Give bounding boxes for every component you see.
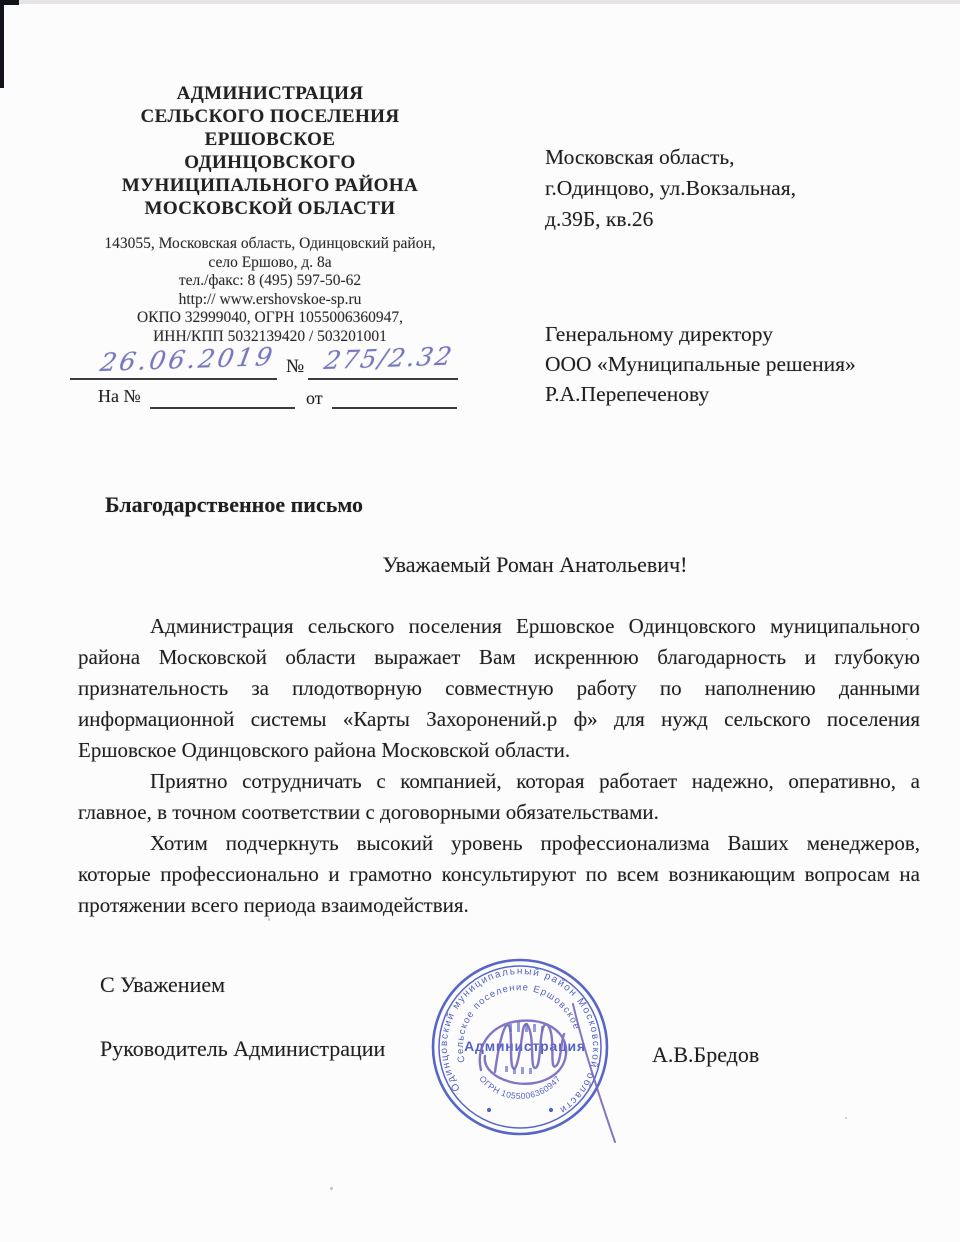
recipient-addressee: Генеральному директору ООО «Муниципальны… bbox=[545, 319, 940, 409]
recipient-addressee-line: Генеральному директору bbox=[545, 319, 940, 349]
signer-position: Руководитель Администрации bbox=[100, 1036, 385, 1062]
org-title-line: АДМИНИСТРАЦИЯ bbox=[75, 82, 465, 105]
org-contacts: 143055, Московская область, Одинцовский … bbox=[75, 235, 465, 346]
letter-paragraph: Администрация сельского поселения Ершовс… bbox=[78, 611, 920, 766]
scan-corner-artifact-left bbox=[0, 0, 4, 88]
official-stamp: Одинцовский муниципальный район Московск… bbox=[425, 950, 665, 1150]
org-contact-line: 143055, Московская область, Одинцовский … bbox=[75, 235, 465, 254]
org-title-line: ОДИНЦОВСКОГО bbox=[75, 151, 465, 174]
ot-label: от bbox=[306, 388, 323, 409]
recipient-addressee-line: Р.А.Перепеченову bbox=[545, 379, 940, 409]
number-symbol: № bbox=[286, 356, 304, 378]
letter-salutation: Уважаемый Роман Анатольевич! bbox=[90, 552, 960, 578]
org-contact-line: тел./факс: 8 (495) 597-50-62 bbox=[75, 272, 465, 291]
recipient-address-line: г.Одинцово, ул.Вокзальная, bbox=[545, 173, 940, 204]
letterhead-organization: АДМИНИСТРАЦИЯ СЕЛЬСКОГО ПОСЕЛЕНИЯ ЕРШОВС… bbox=[75, 82, 465, 346]
org-contact-line: ОКПО 32999040, ОГРН 1055006360947, bbox=[75, 309, 465, 328]
na-number-underline bbox=[150, 407, 295, 409]
recipient-block: Московская область, г.Одинцово, ул.Вокза… bbox=[545, 142, 940, 409]
number-underline bbox=[308, 378, 458, 380]
org-title-line: СЕЛЬСКОГО ПОСЕЛЕНИЯ bbox=[75, 105, 465, 128]
stamp-separator-dot bbox=[549, 1108, 553, 1112]
org-title: АДМИНИСТРАЦИЯ СЕЛЬСКОГО ПОСЕЛЕНИЯ ЕРШОВС… bbox=[75, 82, 465, 220]
org-title-line: МОСКОВСКОЙ ОБЛАСТИ bbox=[75, 197, 465, 220]
org-title-line: ЕРШОВСКОЕ bbox=[75, 128, 465, 151]
letter-paragraph: Приятно сотрудничать с компанией, котора… bbox=[78, 766, 920, 828]
date-underline bbox=[70, 378, 277, 380]
handwritten-number: 275/2.32 bbox=[322, 342, 456, 375]
scanned-letter-page: АДМИНИСТРАЦИЯ СЕЛЬСКОГО ПОСЕЛЕНИЯ ЕРШОВС… bbox=[0, 0, 960, 1242]
org-title-line: МУНИЦИПАЛЬНОГО РАЙОНА bbox=[75, 174, 465, 197]
org-contact-line: село Ершово, д. 8а bbox=[75, 254, 465, 273]
signer-name: А.В.Бредов bbox=[652, 1042, 759, 1068]
handwritten-date: 26.06.2019 bbox=[98, 342, 277, 377]
recipient-address-line: д.39Б, кв.26 bbox=[545, 204, 940, 235]
scan-edge-strip bbox=[0, 0, 960, 4]
recipient-addressee-line: ООО «Муниципальные решения» bbox=[545, 349, 940, 379]
org-contact-line: http:// www.ershovskoe-sp.ru bbox=[75, 291, 465, 310]
recipient-address-line: Московская область, bbox=[545, 142, 940, 173]
stamp-separator-dot bbox=[487, 1108, 491, 1112]
ot-underline bbox=[332, 407, 457, 409]
closing-phrase: С Уважением bbox=[100, 972, 225, 998]
na-number-label: На № bbox=[98, 386, 141, 407]
recipient-address: Московская область, г.Одинцово, ул.Вокза… bbox=[545, 142, 940, 235]
letter-paragraph: Хотим подчеркнуть высокий уровень профес… bbox=[78, 828, 920, 921]
reference-block: 26.06.2019 № 275/2.32 На № от bbox=[70, 346, 490, 421]
letter-title: Благодарственное письмо bbox=[105, 492, 363, 518]
letter-body: Администрация сельского поселения Ершовс… bbox=[78, 611, 920, 921]
